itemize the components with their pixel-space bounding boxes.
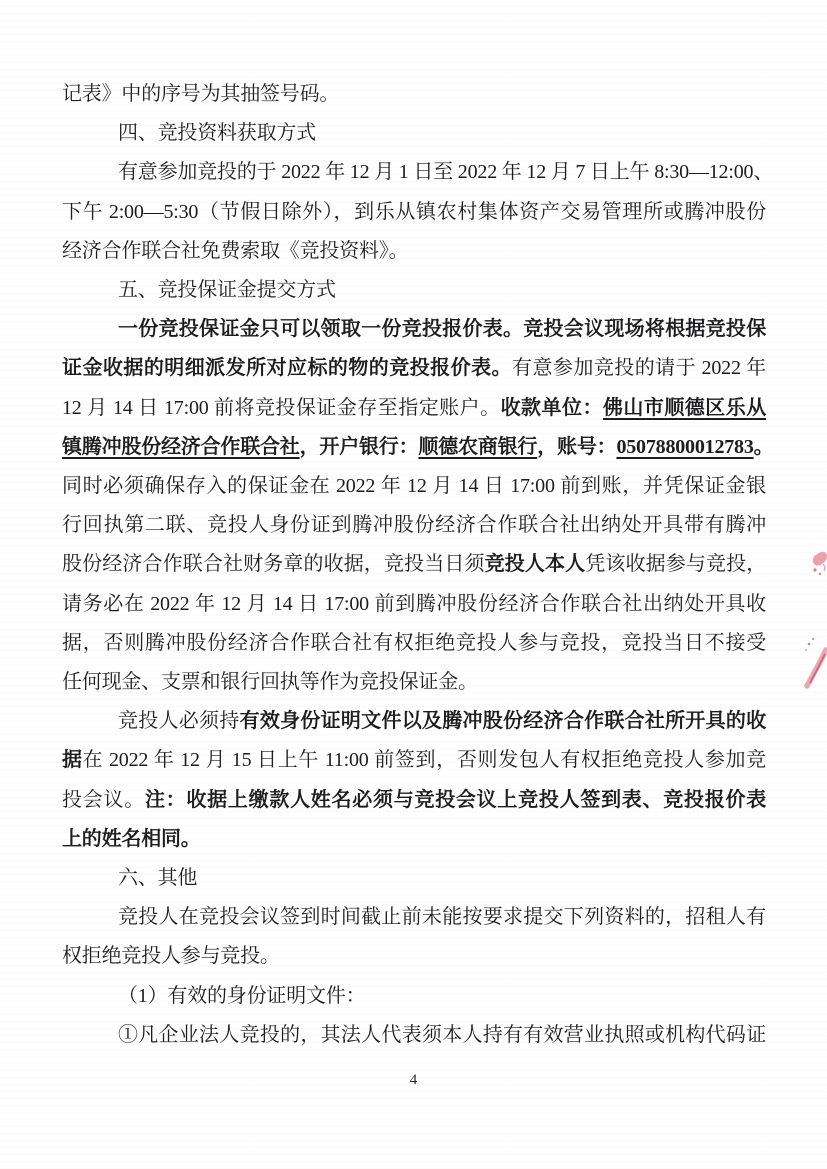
text-segment: 股份经济合作联合社财务章的收据，竞投当日须 bbox=[62, 553, 485, 575]
text-segment: 六、其他 bbox=[118, 867, 197, 889]
text-segment: 五、竞投保证金提交方式 bbox=[118, 279, 336, 301]
text-line: 请务必在 2022 年 12 月 14 日 17:00 前到腾冲股份经济合作联合… bbox=[62, 584, 766, 624]
text-segment: ①凡企业法人竞投的，其法人代表须本人持有有效营业执照或机构代码证 bbox=[118, 1024, 766, 1046]
text-segment: 05078800012783 bbox=[616, 436, 753, 458]
text-segment: 有效身份证明文件以及腾冲股份经济合作联合社所开具的收 bbox=[240, 710, 766, 732]
document-page: 记表》中的序号为其抽签号码。四、竞投资料获取方式有意参加竞投的于 2022 年 … bbox=[0, 0, 827, 1169]
text-segment: 有意参加竞投的请于 2022 年 bbox=[512, 357, 766, 379]
stamp-streak bbox=[807, 650, 826, 686]
text-segment: 四、竞投资料获取方式 bbox=[118, 122, 316, 144]
stamp-dot bbox=[819, 573, 821, 575]
page-number: 4 bbox=[0, 1068, 827, 1092]
text-segment: 下午 2:00—5:30（节假日除外），到乐从镇农村集体资产交易管理所或腾冲股份 bbox=[62, 201, 766, 223]
text-line: 经济合作联合社免费索取《竞投资料》。 bbox=[62, 231, 766, 271]
text-line: 上的姓名相同。 bbox=[62, 819, 766, 859]
text-segment: 凭该收据参与竞投， bbox=[585, 553, 766, 575]
text-line: 下午 2:00—5:30（节假日除外），到乐从镇农村集体资产交易管理所或腾冲股份 bbox=[62, 192, 766, 232]
text-line: 据，否则腾冲股份经济合作联合社有权拒绝竞投人参与竞投，竞投当日不接受 bbox=[62, 623, 766, 663]
text-segment: 记表》中的序号为其抽签号码。 bbox=[62, 83, 339, 105]
text-segment: 竞投人本人 bbox=[485, 553, 586, 575]
text-segment: 镇腾冲股份经济合作联合社 bbox=[62, 436, 300, 458]
stamp-blob bbox=[813, 552, 827, 566]
red-stamp-fragment-top-icon bbox=[813, 552, 827, 575]
text-segment: 经济合作联合社免费索取《竞投资料》。 bbox=[62, 240, 408, 262]
stamp-dot bbox=[805, 649, 807, 651]
text-segment: 。 bbox=[754, 436, 774, 458]
text-line: 五、竞投保证金提交方式 bbox=[62, 270, 766, 310]
text-line: 四、竞投资料获取方式 bbox=[62, 113, 766, 153]
text-segment: 竞投人必须持 bbox=[118, 710, 240, 732]
text-line: 镇腾冲股份经济合作联合社，开户银行：顺德农商银行，账号：050788000127… bbox=[62, 427, 766, 467]
text-line: 任何现金、支票和银行回执等作为竞投保证金。 bbox=[62, 662, 766, 702]
text-segment: 在 2022 年 12 月 15 日上午 11:00 前签到，否则发包人有权拒绝… bbox=[83, 749, 766, 771]
text-line: 竞投人在竞投会议签到时间截止前未能按要求提交下列资料的，招租人有 bbox=[62, 897, 766, 937]
text-segment: （1）有效的身份证明文件： bbox=[118, 985, 365, 1007]
text-line: 12 月 14 日 17:00 前将竞投保证金存至指定账户。收款单位：佛山市顺德… bbox=[62, 388, 766, 428]
text-segment: 请务必在 2022 年 12 月 14 日 17:00 前到腾冲股份经济合作联合… bbox=[62, 593, 766, 615]
text-segment: ，账号： bbox=[537, 436, 616, 458]
text-line: 行回执第二联、竞投人身份证到腾冲股份经济合作联合社出纳处开具带有腾冲 bbox=[62, 505, 766, 545]
stamp-dot bbox=[812, 638, 814, 640]
text-line: 投会议。注：收据上缴款人姓名必须与竞投会议上竞投人签到表、竞投报价表 bbox=[62, 780, 766, 820]
text-line: 竞投人必须持有效身份证明文件以及腾冲股份经济合作联合社所开具的收 bbox=[62, 701, 766, 741]
stamp-curl bbox=[823, 564, 825, 571]
text-segment: 收款单位： bbox=[501, 397, 603, 419]
text-segment: 同时必须确保存入的保证金在 2022 年 12 月 14 日 17:00 前到账… bbox=[62, 475, 766, 497]
text-line: 有意参加竞投的于 2022 年 12 月 1 日至 2022 年 12 月 7 … bbox=[62, 152, 766, 192]
text-segment: 竞投人在竞投会议签到时间截止前未能按要求提交下列资料的，招租人有 bbox=[118, 906, 766, 928]
text-segment: 顺德农商银行 bbox=[418, 436, 537, 458]
text-segment: 证金收据的明细派发所对应标的物的竞投报价表。 bbox=[62, 357, 512, 379]
text-line: 六、其他 bbox=[62, 858, 766, 898]
red-stamp-fragments bbox=[797, 540, 827, 700]
text-line: （1）有效的身份证明文件： bbox=[62, 976, 766, 1016]
text-line: 证金收据的明细派发所对应标的物的竞投报价表。有意参加竞投的请于 2022 年 bbox=[62, 348, 766, 388]
text-segment: 上的姓名相同。 bbox=[62, 828, 201, 850]
text-line: 权拒绝竞投人参与竞投。 bbox=[62, 936, 766, 976]
text-segment: 一份竞投保证金只可以领取一份竞投报价表。竞投会议现场将根据竞投保 bbox=[118, 318, 766, 340]
stamp-streak-core bbox=[810, 654, 825, 683]
text-line: 股份经济合作联合社财务章的收据，竞投当日须竞投人本人凭该收据参与竞投， bbox=[62, 544, 766, 584]
text-segment: 佛山市顺德区乐从 bbox=[603, 397, 766, 419]
text-segment: 有意参加竞投的于 2022 年 12 月 1 日至 2022 年 12 月 7 … bbox=[118, 161, 773, 183]
text-segment: 投会议。 bbox=[62, 789, 145, 811]
text-line: 同时必须确保存入的保证金在 2022 年 12 月 14 日 17:00 前到账… bbox=[62, 466, 766, 506]
text-segment: 行回执第二联、竞投人身份证到腾冲股份经济合作联合社出纳处开具带有腾冲 bbox=[62, 514, 766, 536]
text-segment: 12 月 14 日 17:00 前将竞投保证金存至指定账户。 bbox=[62, 397, 501, 419]
text-segment: 注：收据上缴款人姓名必须与竞投会议上竞投人签到表、竞投报价表 bbox=[145, 789, 766, 811]
text-segment: 据，否则腾冲股份经济合作联合社有权拒绝竞投人参与竞投，竞投当日不接受 bbox=[62, 632, 766, 654]
text-line: 记表》中的序号为其抽签号码。 bbox=[62, 74, 766, 114]
text-segment: 据 bbox=[62, 749, 83, 771]
red-stamp-fragment-bottom-icon bbox=[805, 638, 826, 686]
text-segment: ，开户银行： bbox=[300, 436, 419, 458]
text-line: 据在 2022 年 12 月 15 日上午 11:00 前签到，否则发包人有权拒… bbox=[62, 740, 766, 780]
text-segment: 任何现金、支票和银行回执等作为竞投保证金。 bbox=[62, 671, 478, 693]
text-segment: 权拒绝竞投人参与竞投。 bbox=[62, 945, 280, 967]
text-line: 一份竞投保证金只可以领取一份竞投报价表。竞投会议现场将根据竞投保 bbox=[62, 309, 766, 349]
stamp-dot bbox=[808, 643, 811, 646]
stamp-dot bbox=[813, 568, 816, 571]
text-line: ①凡企业法人竞投的，其法人代表须本人持有有效营业执照或机构代码证 bbox=[62, 1015, 766, 1055]
